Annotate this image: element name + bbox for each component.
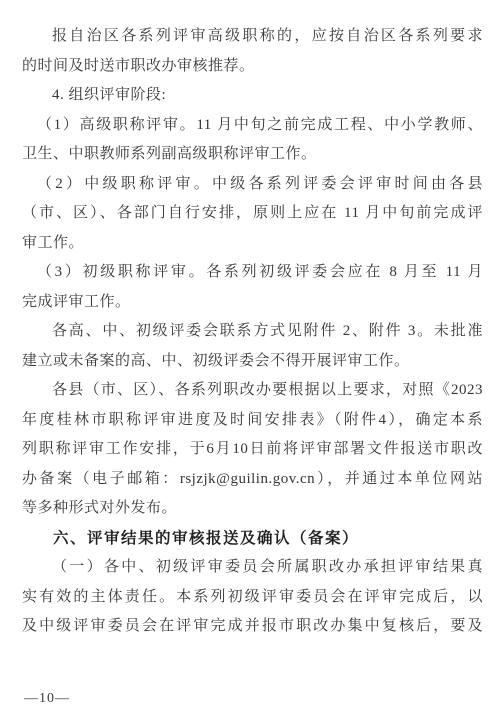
- text-line: 列职称评审工作安排，于6月10日前将评审部署文件报送市职改: [22, 435, 483, 465]
- text-line: 完成评审工作。: [22, 288, 483, 318]
- text-line: 六、评审结果的审核报送及确认（备案）: [22, 524, 483, 554]
- paragraph: （2）中级职称评审。中级各系列评委会评审时间由各县（市、区）、各部门自行安排，原…: [22, 170, 483, 259]
- text-line: 报自治区各系列评审高级职称的，应按自治区各系列要求: [22, 22, 483, 52]
- paragraph: 各高、中、初级评委会联系方式见附件 2、附件 3。未批准建立或未备案的高、中、初…: [22, 317, 483, 376]
- document-content: 报自治区各系列评审高级职称的，应按自治区各系列要求的时间及时送市职改办审核推荐。…: [22, 22, 483, 642]
- page-number: —10—: [24, 691, 70, 707]
- paragraph: 报自治区各系列评审高级职称的，应按自治区各系列要求的时间及时送市职改办审核推荐。: [22, 22, 483, 81]
- text-line: 等多种形式对外发布。: [22, 494, 483, 524]
- text-line: 实有效的主体责任。本系列初级评审委员会在评审完成后，以: [22, 583, 483, 613]
- text-line: 的时间及时送市职改办审核推荐。: [22, 52, 483, 82]
- paragraph: （3）初级职称评审。各系列初级评委会应在 8 月至 11 月完成评审工作。: [22, 258, 483, 317]
- text-line: 办备案（电子邮箱：rsjzjk@guilin.gov.cn），并通过本单位网站: [22, 465, 483, 495]
- text-line: 年度桂林市职称评审进度及时间安排表》（附件4），确定本系: [22, 406, 483, 436]
- paragraph: 4. 组织评审阶段:: [22, 81, 483, 111]
- text-line: （2）中级职称评审。中级各系列评委会评审时间由各县: [22, 170, 483, 200]
- text-line: 审工作。: [22, 229, 483, 259]
- text-line: 及中级评审委员会在评审完成并报市职改办集中复核后，要及: [22, 612, 483, 642]
- text-line: 建立或未备案的高、中、初级评委会不得开展评审工作。: [22, 347, 483, 377]
- text-line: 卫生、中职教师系列副高级职称评审工作。: [22, 140, 483, 170]
- text-line: （一）各中、初级评审委员会所属职改办承担评审结果真: [22, 553, 483, 583]
- text-line: 各县（市、区）、各系列职改办要根据以上要求，对照《2023: [22, 376, 483, 406]
- text-line: （市、区）、各部门自行安排，原则上应在 11 月中旬前完成评: [22, 199, 483, 229]
- section-heading: 六、评审结果的审核报送及确认（备案）: [22, 524, 483, 554]
- document-page: 报自治区各系列评审高级职称的，应按自治区各系列要求的时间及时送市职改办审核推荐。…: [0, 0, 498, 728]
- text-line: （3）初级职称评审。各系列初级评委会应在 8 月至 11 月: [22, 258, 483, 288]
- text-line: 4. 组织评审阶段:: [22, 81, 483, 111]
- text-line: 各高、中、初级评委会联系方式见附件 2、附件 3。未批准: [22, 317, 483, 347]
- paragraph: 各县（市、区）、各系列职改办要根据以上要求，对照《2023年度桂林市职称评审进度…: [22, 376, 483, 524]
- text-line: （1）高级职称评审。11 月中旬之前完成工程、中小学教师、: [22, 111, 483, 141]
- paragraph: （1）高级职称评审。11 月中旬之前完成工程、中小学教师、卫生、中职教师系列副高…: [22, 111, 483, 170]
- paragraph: （一）各中、初级评审委员会所属职改办承担评审结果真实有效的主体责任。本系列初级评…: [22, 553, 483, 642]
